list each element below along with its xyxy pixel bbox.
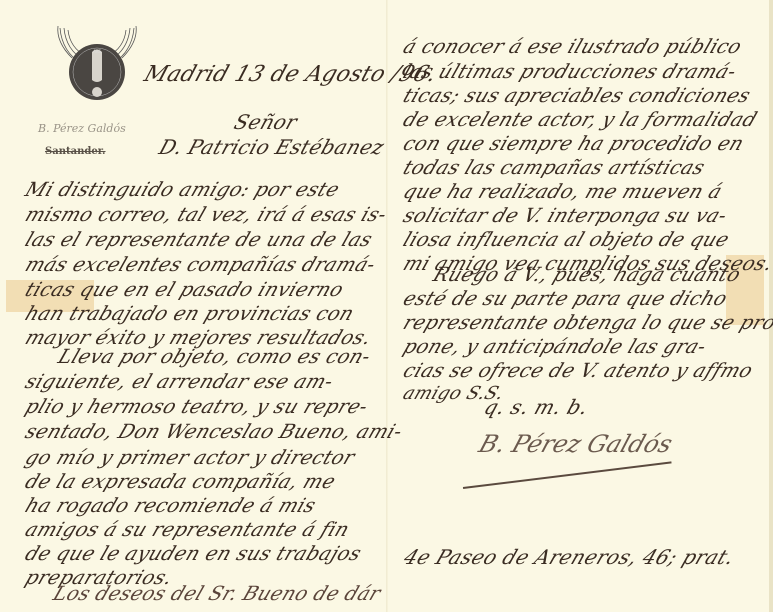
letterhead-name: B. Pérez Galdós <box>38 122 126 135</box>
text-line: Los deseos del Sr. Bueno de dár <box>50 582 384 605</box>
sender-address: 4e Paseo de Areneros, 46; prat. <box>401 545 738 569</box>
text-line: han trabajado en provincias con <box>22 302 357 325</box>
text-line: Mi distinguido amigo: por este <box>22 178 343 201</box>
text-line: solicitar de V. interponga su va- <box>400 204 731 227</box>
text-line: todas las campañas artísticas <box>400 156 708 179</box>
text-line: ticas; sus apreciables condiciones <box>400 84 754 107</box>
text-line: Ruego á V., pues, haga cuanto <box>430 263 744 286</box>
text-line: ha rogado recomiende á mis <box>22 494 319 517</box>
winged-medallion-emblem-icon: ARS <box>52 22 142 107</box>
text-line: liosa influencia al objeto de que <box>400 228 733 251</box>
signature: B. Pérez Galdós <box>475 430 676 458</box>
text-line: plio y hermoso teatro, y su repre- <box>22 395 371 418</box>
text-line: á conocer á ese ilustrado público <box>400 35 745 58</box>
text-line: de excelente actor, y la formalidad <box>400 108 760 131</box>
text-line: Lleva por objeto, como es con- <box>55 345 374 368</box>
letterhead-city-struck: Santander. <box>45 146 106 157</box>
text-line: que ha realizado, me mueven á <box>400 180 725 203</box>
text-line: pone, y anticipándole las gra- <box>400 335 710 358</box>
closing-formula: q. s. m. b. <box>481 395 591 419</box>
text-line: go mío y primer actor y director <box>22 446 358 469</box>
text-line: ticas que en el pasado invierno <box>22 278 347 301</box>
text-line: siguiente, el arrendar ese am- <box>22 370 337 393</box>
text-line: de la expresada compañía, me <box>22 470 339 493</box>
recipient-title: Señor <box>231 110 300 134</box>
text-line: más excelentes compañías dramá- <box>22 253 379 276</box>
letter-sheet: ARS B. Pérez Galdós Santander. Madrid 13… <box>0 0 773 612</box>
text-line: de que le ayuden en sus trabajos <box>22 542 365 565</box>
text-line: mismo correo, tal vez, irá á esas is- <box>22 203 390 226</box>
svg-text:ARS: ARS <box>93 49 102 54</box>
text-line: con que siempre ha procedido en <box>400 132 747 155</box>
text-line: las últimas producciones dramá- <box>400 60 740 83</box>
letter-date: Madrid 13 de Agosto /96. <box>141 62 440 87</box>
signature-underline <box>463 461 672 488</box>
text-line: esté de su parte para que dicho <box>400 287 731 310</box>
recipient-name: D. Patricio Estébanez <box>156 135 387 159</box>
text-line: las el representante de una de las <box>22 228 376 251</box>
text-line: representante obtenga lo que se pro- <box>400 311 773 334</box>
text-line: amigos á su representante á fin <box>22 518 353 541</box>
text-line: sentado, Don Wenceslao Bueno, ami- <box>22 420 406 443</box>
page-fold <box>386 0 388 612</box>
text-line: cias se ofrece de V. atento y affmo <box>400 359 756 382</box>
